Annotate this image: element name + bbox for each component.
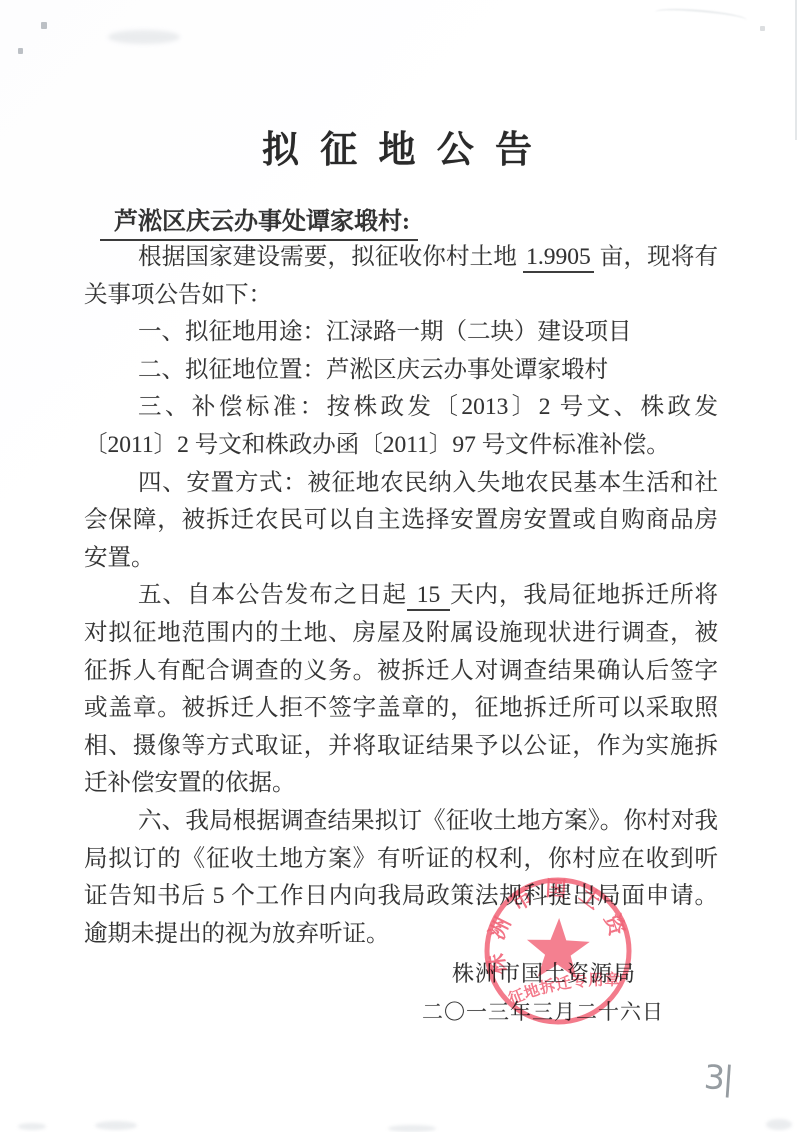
document-title: 拟 征 地 公 告 [0, 119, 800, 173]
text-run: 根据国家建设需要，拟征收你村土地 [138, 244, 523, 270]
text-run: 二、拟征地位置：芦淞区庆云办事处谭家塅村 [138, 357, 608, 383]
scan-smudge [18, 1123, 46, 1130]
body-paragraph: 二、拟征地位置：芦淞区庆云办事处谭家塅村 [84, 352, 718, 390]
body-paragraph: 四、安置方式：被征地农民纳入失地农民基本生活和社会保障，被拆迁农民可以自主选择安… [84, 465, 718, 578]
scanned-page: 拟 征 地 公 告 芦淞区庆云办事处谭家塅村: 根据国家建设需要，拟征收你村土地… [0, 0, 800, 1132]
addressee-text: 芦淞区庆云办事处谭家塅村: [100, 201, 418, 241]
scan-speck [41, 22, 47, 29]
scan-speck [18, 48, 23, 54]
text-run: 三、补偿标准：按株政发〔2013〕2 号文、株政发〔2011〕2 号文和株政办函… [84, 394, 718, 458]
handwritten-page-number: 3| [703, 1057, 734, 1098]
text-run: 天内，我局征地拆迁所将对拟征地范围内的土地、房屋及附属设施现状进行调查，被征拆人… [84, 582, 718, 796]
underlined-value: 15 [407, 582, 450, 611]
scan-scribble [655, 6, 748, 26]
body-paragraph: 根据国家建设需要，拟征收你村土地 1.9905 亩，现将有关事项公告如下： [84, 239, 718, 314]
body-paragraphs: 根据国家建设需要，拟征收你村土地 1.9905 亩，现将有关事项公告如下：一、拟… [84, 239, 718, 953]
body-paragraph: 一、拟征地用途：江渌路一期（二块）建设项目 [84, 314, 718, 352]
scan-speck [760, 26, 765, 31]
text-run: 一、拟征地用途：江渌路一期（二块）建设项目 [138, 319, 632, 345]
underlined-value: 1.9905 [523, 244, 594, 273]
text-run: 四、安置方式：被征地农民纳入失地农民基本生活和社会保障，被拆迁农民可以自主选择安… [84, 470, 718, 571]
body-paragraph: 三、补偿标准：按株政发〔2013〕2 号文、株政发〔2011〕2 号文和株政办函… [84, 389, 718, 464]
addressee-line: 芦淞区庆云办事处谭家塅村: [100, 201, 418, 241]
seal-star-icon [526, 917, 591, 979]
scan-smudge [95, 1121, 137, 1130]
body-paragraph: 五、自本公告发布之日起 15 天内，我局征地拆迁所将对拟征地范围内的土地、房屋及… [84, 577, 718, 803]
text-run: 五、自本公告发布之日起 [138, 582, 407, 608]
scan-smudge [388, 1125, 436, 1132]
scan-smudge [766, 1119, 792, 1130]
official-seal-icon: 株洲市国土资源局 征地拆迁专用章 [478, 871, 638, 1031]
scan-smudge [108, 30, 180, 44]
